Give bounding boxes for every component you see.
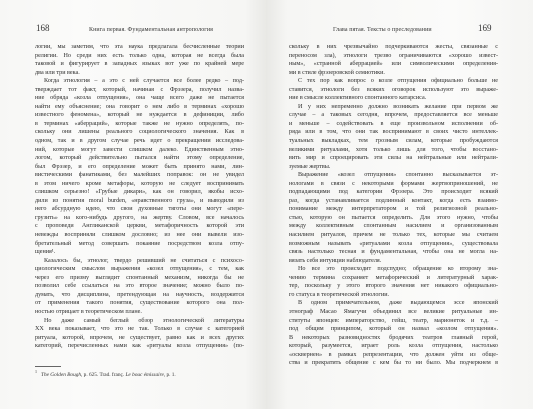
page-number: 169 <box>478 23 492 33</box>
text-line: категорий, перечисленных нами как «ритуа… <box>35 342 244 351</box>
footnote-title: The Golden Bough <box>41 372 81 378</box>
footnote-end: , p. 1. <box>164 372 176 378</box>
text-line: бретательный метод совершать покаяние по… <box>35 240 244 249</box>
text-line: и меньше – содействовать в еще произволь… <box>289 120 498 129</box>
text-line: слишком серьезно! «Грубые дикари», как о… <box>35 188 244 197</box>
text-line: тверждает тот факт, который, начиная с Ф… <box>35 86 244 95</box>
text-line: логом, который действительно пытался най… <box>35 154 244 163</box>
book-spread: 168 Книга первая. Фундаментальная антроп… <box>0 0 533 409</box>
text-line: В некоторых разновидностях бродячих теат… <box>289 334 498 343</box>
text-line: таковой и фигурирует в западных языках в… <box>35 60 244 69</box>
text-line: Казалось бы, этнолог, твердо решивший не… <box>35 257 244 266</box>
text-line: с проповеди Англиканской церкви, метафор… <box>35 222 244 231</box>
text-line: вязать себя интуиции наблюдателя. <box>289 257 498 266</box>
text-line: тер, поскольку у этого второго значения … <box>289 282 498 291</box>
left-page: 168 Книга первая. Фундаментальная антроп… <box>0 0 266 409</box>
text-line: позволил себе ссылаться на это второе зн… <box>35 282 244 291</box>
text-line: циологическим смыслом выражения «козел о… <box>35 265 244 274</box>
body-text: скольку в них чрезвычайно подчеркиваются… <box>289 43 498 368</box>
text-line: ства и прекратить общение с кем бы то ни… <box>289 359 498 368</box>
text-line: ституты японцев: императорство, гейш, те… <box>289 317 498 326</box>
running-header: Книга первая. Фундаментальная антрополог… <box>89 27 213 33</box>
text-line: С тех пор как вопрос о козле отпущения о… <box>289 77 498 86</box>
text-line: ритуала, которой, впрочем, не существует… <box>35 334 244 343</box>
text-line: дили из понятия moral burden, «нравствен… <box>35 197 244 206</box>
text-line: скольку они лишены реального социологиче… <box>35 128 244 137</box>
text-line: подпадающими под категории Фрэзера. Это … <box>289 188 498 197</box>
text-line: под общим принципом, который он назвал «… <box>289 325 498 334</box>
text-line: И у них непременно должно возникать жела… <box>289 103 498 112</box>
text-line: случае – а таковых сегодня, впрочем, пре… <box>289 111 498 120</box>
text-line: невежды восприняли слишком дословно; из … <box>35 231 244 240</box>
text-line: вить мир и спроецировать эти силы на ней… <box>289 154 498 163</box>
text-line: XX века показывает, что это не так. Толь… <box>35 325 244 334</box>
text-line: скольку в них чрезвычайно подчеркиваются… <box>289 43 498 52</box>
text-line: щения¹. <box>35 248 244 257</box>
text-line: ностью отрицает в теоретическом плане. <box>35 308 244 317</box>
text-line: в этом ничего кроме метафоры, которую не… <box>35 180 244 189</box>
text-line: Но даже самый беглый обзор этнологическо… <box>35 317 244 326</box>
text-line: туальных выкладках, тем грозным силам, к… <box>289 137 498 146</box>
text-line: ставится, этнологи без всяких оговорок и… <box>289 86 498 95</box>
text-line: найти ему объяснение; она говорит о нем … <box>35 103 244 112</box>
text-line: понимание между интерпретатором и той ре… <box>289 205 498 214</box>
text-line: ние в смысле коллективного спонтанного к… <box>289 94 498 103</box>
text-line: чению термина сохраняет метафорический и… <box>289 274 498 283</box>
text-line: между коллективным спонтанным насилием и… <box>289 222 498 231</box>
body-text: логии, мы заметим, что эта наука предлаг… <box>35 43 244 351</box>
text-line: который, разумеется, играет роль козла о… <box>289 342 498 351</box>
text-line: Но все это происходит подспудно; обращен… <box>289 265 498 274</box>
text-line: зуемые жертвы. <box>289 163 498 172</box>
footnote-divider <box>35 366 61 367</box>
text-line: него абсурдную идею, что свои духовные т… <box>35 205 244 214</box>
text-line: великими ритуалами, хотя только лишь для… <box>289 146 498 155</box>
text-line: два или три века. <box>35 69 244 78</box>
text-line: одном, так и в другом случае речь идет о… <box>35 137 244 146</box>
text-line: Выражение «козел отпущения» спонтанно вы… <box>289 171 498 180</box>
footnote-number: 1 <box>35 369 37 374</box>
right-page: Глава пятая. Тексты о преследовании 169 … <box>266 0 533 409</box>
text-line: Когда этнология – а это с ней случается … <box>35 77 244 86</box>
text-line: ний, которые могут завести слишком далек… <box>35 146 244 155</box>
text-line: вистическими фанатиками, без малейших по… <box>35 171 244 180</box>
text-line: переносом зла), этнологи трезво ограничи… <box>289 52 498 61</box>
text-line: насилием ритуалов, причем не только тех,… <box>289 231 498 240</box>
text-line: ние обряда «козла отпущения», она чаще в… <box>35 94 244 103</box>
text-line: ми в стиле фрэзеровской семиотики. <box>289 69 498 78</box>
text-line: связь настолько тесная и фундаментальная… <box>289 248 498 257</box>
text-line: от применения такого понятия, существова… <box>35 299 244 308</box>
text-line: раз, когда устанавливается подлинный кон… <box>289 197 498 206</box>
text-line: был Фрэзер, и его определение может быть… <box>35 163 244 172</box>
text-line: го статуса в теоретической этнологии. <box>289 291 498 300</box>
text-line: религии. Но среди них есть только одна, … <box>35 52 244 61</box>
text-line: В одном примечательном, даже выдающемся … <box>289 299 498 308</box>
text-line: грузить» на кого-нибудь другого, на жерт… <box>35 214 244 223</box>
text-line: логии, мы заметим, что эта наука предлаг… <box>35 43 244 52</box>
text-line: ряда или в том, что они так воспринимают… <box>289 128 498 137</box>
footnote: 1The Golden Bough, p. 625. Trad. franç. … <box>35 369 176 378</box>
text-line: в терминах «аберраций», которые также не… <box>35 120 244 129</box>
page-number: 168 <box>36 23 50 33</box>
running-header: Глава пятая. Тексты о преследовании <box>333 27 432 33</box>
text-line: стью, которую он пытается определить. Дл… <box>289 214 498 223</box>
text-line: этнограф Масао Ямагучи объединил все вел… <box>289 308 498 317</box>
text-line: нологами в связи с некоторыми формами же… <box>289 180 498 189</box>
footnote-title-fr: Le bouc émissaire <box>125 372 163 378</box>
text-line: возможным называть «ритуалами козла отпу… <box>289 240 498 249</box>
text-line: ным», «странной аберрацией» или символич… <box>289 60 498 69</box>
footnote-mid: , p. 625. Trad. franç. <box>81 372 125 378</box>
text-line: через его призму выглядит спонтанный мех… <box>35 274 244 283</box>
text-line: «осквернен» в рамках репрезентации, что … <box>289 351 498 360</box>
text-line: известного феномена», который не нуждает… <box>35 111 244 120</box>
text-line: думать, что дисциплина, претендующая на … <box>35 291 244 300</box>
